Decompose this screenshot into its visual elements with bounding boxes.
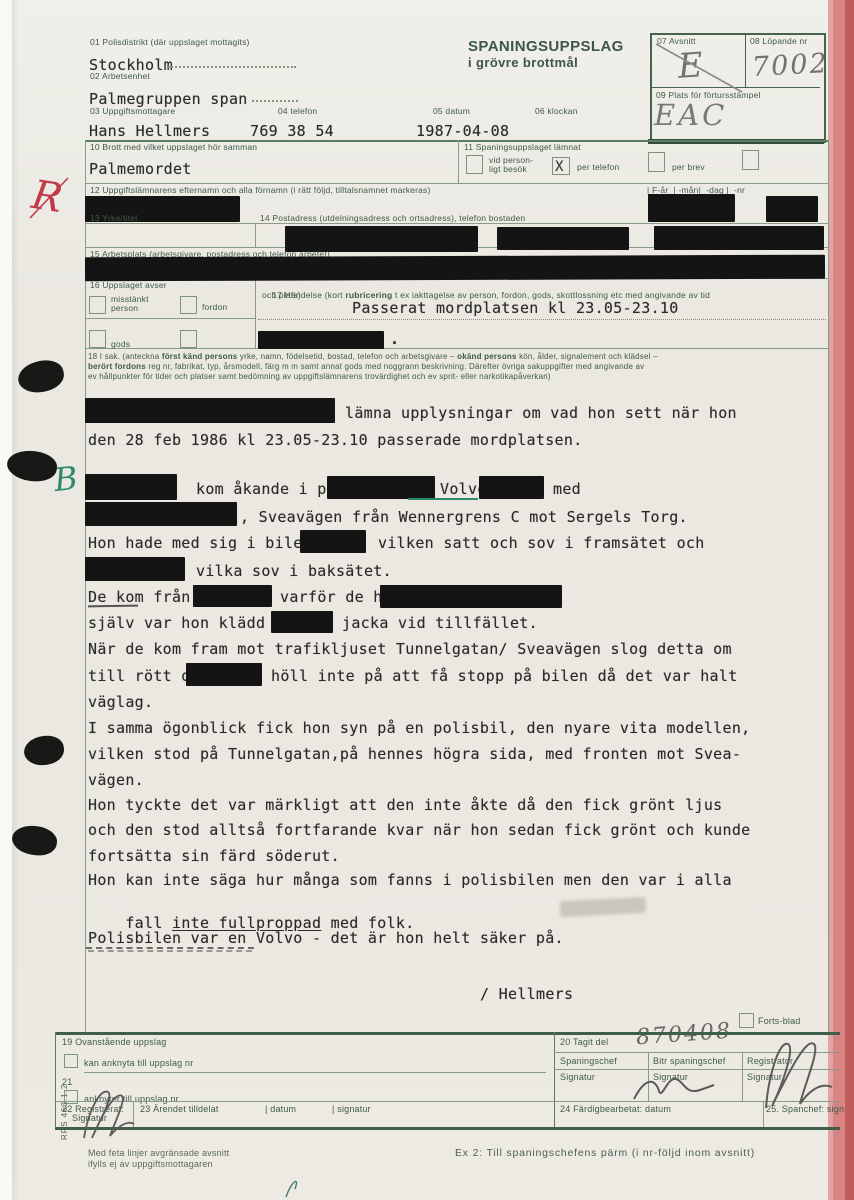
col-header-topline bbox=[554, 1052, 840, 1053]
rps-form-number: RPS 463.1.2 bbox=[60, 1068, 69, 1140]
pen-underline-de-kom bbox=[88, 605, 138, 608]
checkbox-gods-label: gods bbox=[111, 340, 130, 350]
bottom-table-mid-divider bbox=[554, 1032, 555, 1127]
body-line: och den stod alltså fortfarande kvar när… bbox=[88, 821, 750, 839]
redaction-bar bbox=[648, 194, 735, 222]
bottom-table-bottom-line bbox=[55, 1127, 840, 1130]
col-spaningschef: Spaningschef bbox=[560, 1056, 617, 1066]
field14-label: 14 Postadress (utdelningsadress och orts… bbox=[260, 214, 525, 224]
checkbox-per-brev-label: per brev bbox=[672, 163, 705, 173]
scanned-police-form: 01 Polisdistrikt (där uppslaget mottagit… bbox=[0, 0, 854, 1200]
redaction-bar bbox=[380, 585, 562, 608]
field17-dotted-line bbox=[258, 319, 826, 320]
checkbox-kan-anknyta bbox=[64, 1054, 78, 1068]
typed-underline-polisbilen bbox=[86, 947, 254, 949]
field20-label: 20 Tagit del bbox=[560, 1037, 608, 1047]
field05-label: 05 datum bbox=[433, 107, 470, 117]
redaction-bar bbox=[193, 585, 272, 607]
col-divider-2 bbox=[742, 1052, 743, 1101]
pink-strip-dark bbox=[845, 0, 854, 1200]
redaction-bar bbox=[85, 398, 335, 423]
field10-label: 10 Brott med vilket uppslaget hör samman bbox=[90, 143, 257, 153]
signatur-label-1: Signatur bbox=[560, 1072, 595, 1082]
form-title-line2: i grövre brottmål bbox=[468, 55, 578, 70]
checkbox-vid-besok bbox=[466, 155, 483, 174]
footer-right-distribution: Ex 2: Till spaningschefens pärm (i nr-fö… bbox=[455, 1147, 755, 1159]
field04-value: 769 38 54 bbox=[250, 122, 334, 140]
field04-label: 04 telefon bbox=[278, 107, 317, 117]
bottom-table-left bbox=[55, 1032, 56, 1127]
body-line: vägen. bbox=[88, 771, 144, 789]
stamp-smudge bbox=[560, 897, 647, 917]
green-underline-volvo bbox=[408, 498, 478, 500]
field25-label: 25. Spanchef: sign bbox=[766, 1104, 844, 1114]
field11-label: 11 Spaningsuppslaget lämnat bbox=[464, 143, 581, 153]
col-registrator: Registrator bbox=[747, 1056, 793, 1066]
forts-blad-label: Forts-blad bbox=[758, 1016, 801, 1026]
scan-left-edge bbox=[0, 0, 12, 1200]
refbox-divider bbox=[745, 35, 746, 87]
body-line: Hon hade med sig i bilen bbox=[88, 534, 312, 552]
redaction-bar bbox=[186, 663, 262, 686]
checkbox-per-telefon-mark: X bbox=[555, 159, 564, 176]
field18-l1a: 18 I sak. (anteckna bbox=[88, 352, 162, 361]
body-line: I samma ögonblick fick hon syn på en pol… bbox=[88, 719, 750, 737]
body-line: höll inte på att få stopp på bilen då de… bbox=[271, 667, 738, 685]
body-line: Polisbilen var en Volvo - det är hon hel… bbox=[88, 929, 564, 947]
body-line: vilken satt och sov i framsätet och bbox=[378, 534, 705, 552]
col-divider-1 bbox=[648, 1052, 649, 1101]
row17-bottom bbox=[85, 348, 829, 349]
field03-label: 03 Uppgiftsmottagare bbox=[90, 107, 175, 117]
ink-dot bbox=[23, 734, 66, 767]
kan-anknyta-line bbox=[84, 1072, 546, 1073]
footer-left-line1: Med feta linjer avgränsade avsnitt bbox=[88, 1148, 229, 1158]
signatur-row-line bbox=[554, 1069, 840, 1070]
redaction-bar bbox=[271, 611, 333, 633]
checkbox-misstankt-person bbox=[89, 296, 106, 314]
field08-handwritten-value: 7002 bbox=[751, 48, 829, 83]
field18-l1b: först känd persons bbox=[162, 352, 238, 361]
body-line: Hon tyckte det var märkligt att den inte… bbox=[88, 796, 723, 814]
redaction-bar bbox=[479, 476, 544, 499]
row13-14-divider bbox=[255, 223, 256, 247]
checkbox-per-brev bbox=[648, 152, 665, 172]
body-line: fortsätta sin färd söderut. bbox=[88, 847, 340, 865]
body-line: med bbox=[553, 480, 581, 498]
row22-top-line bbox=[55, 1101, 840, 1102]
field12-label: 12 Uppgiftslämnarens efternamn och alla … bbox=[90, 186, 431, 196]
checkbox-unlabeled-11 bbox=[742, 150, 759, 170]
signatur-label-3: Signatur bbox=[747, 1072, 782, 1082]
scan-left-shadow bbox=[12, 0, 20, 1200]
field13-label: 13 Yrke/titel bbox=[90, 214, 137, 224]
body-line: den 28 feb 1986 kl 23.05-23.10 passerade… bbox=[88, 431, 583, 449]
checkbox-fordon-label: fordon bbox=[202, 303, 227, 313]
body-line: jacka vid tillfället. bbox=[342, 614, 538, 632]
redaction-bar bbox=[85, 502, 237, 526]
redaction-bar bbox=[327, 476, 435, 499]
annotation-r-mark: R bbox=[29, 172, 66, 222]
bottom-table-top-line bbox=[55, 1032, 840, 1035]
redaction-bar bbox=[85, 474, 177, 500]
body-line: Hon kan inte säga hur många som fanns i … bbox=[88, 871, 732, 889]
redaction-bar bbox=[85, 557, 185, 581]
pen-squiggle-bottom bbox=[286, 1181, 296, 1197]
field08-label: 08 Löpande nr bbox=[750, 37, 807, 47]
dotted-line-01 bbox=[168, 66, 296, 68]
field07-handwritten-value: E bbox=[677, 45, 705, 87]
body-line: lämna upplysningar om vad hon sett när h… bbox=[345, 404, 737, 422]
signatur-label-2: Signatur bbox=[653, 1072, 688, 1082]
anknyter-label: anknyter till uppslag nr bbox=[84, 1094, 179, 1104]
checkbox-unlabeled-16 bbox=[180, 330, 197, 348]
field18-label-line1: 18 I sak. (anteckna först känd persons y… bbox=[88, 352, 830, 361]
field03-value: Hans Hellmers bbox=[89, 122, 210, 140]
field18-l1c: yrke, namn, födelsetid, bostad, telefon … bbox=[237, 352, 457, 361]
field17-after-dot: . bbox=[390, 330, 399, 348]
field17-label-line2: och plats) bbox=[262, 291, 301, 301]
field18-label-line2: berört fordons reg nr, fabrikat, typ, år… bbox=[88, 362, 830, 371]
checkbox-gods bbox=[89, 330, 106, 348]
body-line: När de kom fram mot trafikljuset Tunnelg… bbox=[88, 640, 732, 658]
redaction-bar bbox=[497, 227, 629, 250]
redaction-bar bbox=[300, 530, 366, 553]
field16-label: 16 Uppslaget avser bbox=[90, 281, 167, 291]
field18-label-line3: ev hållpunkter för tider och platser sam… bbox=[88, 372, 551, 381]
field23-signatur-label: | signatur bbox=[332, 1104, 371, 1114]
field05-value: 1987-04-08 bbox=[416, 122, 509, 140]
field18-l2a: berört fordons bbox=[88, 362, 146, 371]
col-bitr-spaningschef: Bitr spaningschef bbox=[653, 1056, 725, 1066]
body-line: , Sveavägen från Wennergrens C mot Serge… bbox=[240, 508, 688, 526]
checkbox-per-telefon-label: per telefon bbox=[577, 163, 619, 173]
signature-hellmers-typed: / Hellmers bbox=[480, 985, 573, 1003]
checkbox-misstankt-label-2: person bbox=[111, 304, 138, 314]
row24-25-divider bbox=[763, 1101, 764, 1127]
field17-value: Passerat mordplatsen kl 23.05-23.10 bbox=[352, 299, 679, 317]
field06-label: 06 klockan bbox=[535, 107, 578, 117]
field18-l1e: kön, ålder, signalement och klädsel – bbox=[517, 352, 658, 361]
row10-bottom bbox=[85, 183, 829, 184]
field23-datum-label: | datum bbox=[265, 1104, 296, 1114]
typed-underline-polisbilen-2 bbox=[88, 950, 252, 952]
field09-handwritten-value: EAC bbox=[654, 98, 727, 132]
redaction-bar bbox=[85, 255, 825, 282]
redaction-bar bbox=[258, 331, 384, 349]
field23-label: 23 Ärendet tilldelat bbox=[140, 1104, 219, 1114]
checkbox-fordon bbox=[180, 296, 197, 314]
mainbox-right bbox=[828, 140, 829, 1032]
field24-label: 24 Färdigbearbetat: datum bbox=[560, 1104, 671, 1114]
checkbox-forts-blad bbox=[739, 1013, 754, 1028]
body-line: vilken stod på Tunnelgatan,på hennes hög… bbox=[88, 745, 741, 763]
ink-dot bbox=[16, 357, 67, 396]
row22-divider bbox=[133, 1101, 134, 1127]
row16-inner-line bbox=[85, 318, 255, 319]
body-line: väglag. bbox=[88, 693, 153, 711]
refbox-hline bbox=[652, 87, 820, 88]
field19-label: 19 Ovanstående uppslag bbox=[62, 1037, 166, 1047]
field02-label: 02 Arbetsenhet bbox=[90, 72, 150, 82]
row16-17-divider bbox=[255, 278, 256, 348]
footer-left-line2: ifylls ej av uppgiftsmottagaren bbox=[88, 1159, 213, 1169]
redaction-bar bbox=[654, 226, 824, 250]
kan-anknyta-label: kan anknyta till uppslag nr bbox=[84, 1058, 193, 1068]
redaction-bar bbox=[766, 196, 818, 222]
annotation-b-mark: B bbox=[52, 459, 79, 499]
body-line: vilka sov i baksätet. bbox=[196, 562, 392, 580]
field18-l2b: reg nr, fabrikat, typ, årsmodell, färg m… bbox=[146, 362, 644, 371]
dotted-line-02 bbox=[252, 100, 298, 102]
checkbox-vid-besok-label-2: ligt besök bbox=[489, 165, 527, 175]
field10-value: Palmemordet bbox=[89, 160, 192, 178]
field22-label-2: Signatur bbox=[72, 1113, 107, 1123]
field18-l1d: okänd persons bbox=[457, 352, 517, 361]
field01-label: 01 Polisdistrikt (där uppslaget mottagit… bbox=[90, 38, 250, 48]
form-title-line1: SPANINGSUPPSLAG bbox=[468, 38, 624, 55]
row10-11-divider bbox=[458, 140, 459, 183]
